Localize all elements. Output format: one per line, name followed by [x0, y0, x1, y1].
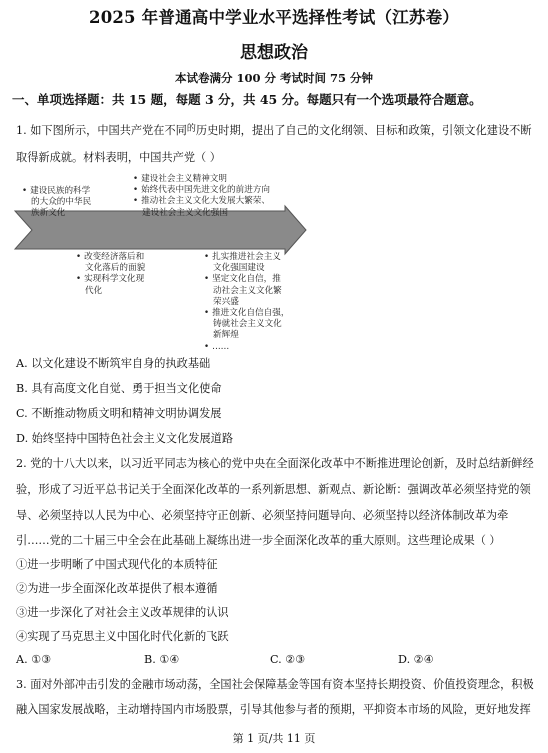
diagram-text: 推动社会主义文化大发展大繁荣、 — [133, 196, 270, 207]
q2-statement-2: ②为进一步全面深化改革提供了根本遵循 — [16, 580, 217, 596]
diagram-text: 实现科学文化现 — [76, 274, 145, 285]
q2-choice-c: C. ②③ — [270, 653, 305, 666]
q3-stem-line-1: 3. 面对外部冲击引发的金融市场动荡，全国社会保障基金等国有资本坚持长期投资、价… — [16, 676, 534, 692]
exam-subject: 思想政治 — [0, 38, 548, 63]
q2-stem-line-4: 引……党的二十届三中全会在此基础上凝练出进一步全面深化改革的重大原则。这些理论成… — [16, 532, 501, 548]
diagram-text: 新辉煌 — [204, 330, 289, 341]
page-number: 第 1 页/共 11 页 — [0, 730, 548, 746]
diagram-text: 荣兴盛 — [204, 297, 289, 308]
q1-option-d: D. 始终坚持中国特色社会主义文化发展道路 — [16, 430, 233, 446]
q2-statement-3: ③进一步深化了对社会主义改革规律的认识 — [16, 604, 229, 620]
exam-meta: 本试卷满分 100 分 考试时间 75 分钟 — [0, 70, 548, 86]
diagram-text: …… — [204, 342, 289, 353]
exam-title: 2025 年普通高中学业水平选择性考试（江苏卷） — [0, 4, 548, 28]
q2-statement-1: ①进一步明晰了中国式现代化的本质特征 — [16, 556, 217, 572]
diagram-text: 扎实推进社会主义 — [204, 252, 289, 263]
q1-stem-line-1: 1. 如下图所示，中国共产党在不同的历史时期，提出了自己的文化纲领、目标和政策，… — [16, 122, 532, 138]
q1-timeline-diagram: 建设民族的科学 的大众的中华民 族新文化 建设社会主义精神文明 始终代表中国先进… — [0, 168, 320, 353]
diagram-text: 动社会主义文化繁 — [204, 286, 289, 297]
q2-choice-a: A. ①③ — [16, 653, 51, 666]
q2-choice-d: D. ②④ — [398, 653, 434, 666]
section-heading: 一、单项选择题：共 15 题，每题 3 分，共 45 分。每题只有一个选项最符合… — [12, 90, 482, 108]
q3-stem-line-2: 融入国家发展战略，主动增持国内市场股票，引导其他参与者的预期，平抑资本市场的风险… — [16, 701, 531, 717]
diagram-text: 文化强国建设 — [204, 263, 289, 274]
diagram-text: 始终代表中国先进文化的前进方向 — [133, 185, 270, 196]
diagram-text: 铸就社会主义文化 — [204, 319, 289, 330]
diagram-text: 坚定文化自信，推 — [204, 274, 289, 285]
diagram-text: 文化落后的面貌 — [76, 263, 145, 274]
diagram-text: 建设社会主义精神文明 — [133, 174, 270, 185]
q2-stem-line-1: 2. 党的十八大以来，以习近平同志为核心的党中央在全面深化改革中不断推进理论创新… — [16, 455, 534, 471]
q2-stem-line-3: 导、必须坚持以人民为中心、必须坚持守正创新、必须坚持问题导向、必须坚持以经济体制… — [16, 507, 508, 523]
diagram-text: 族新文化 — [22, 208, 91, 219]
diagram-top-right: 建设社会主义精神文明 始终代表中国先进文化的前进方向 推动社会主义文化大发展大繁… — [133, 174, 270, 219]
q1-option-b: B. 具有高度文化自觉、勇于担当文化使命 — [16, 380, 222, 396]
q2-stem-line-2: 验，形成了习近平总书记关于全面深化改革的一系列新思想、新观点、新论断：强调改革必… — [16, 481, 531, 497]
q1-stem-line-2: 取得新成就。材料表明，中国共产党（ ） — [16, 149, 221, 165]
diagram-text: 建设民族的科学 — [22, 186, 91, 197]
q1-stem-part-b: 历史时期，提出了自己的文化纲领、目标和政策，引领文化建设不断 — [196, 124, 532, 137]
q1-stem-part-a: 1. 如下图所示，中国共产党在不同 — [16, 124, 187, 137]
diagram-bottom-left: 改变经济落后和 文化落后的面貌 实现科学文化现 代化 — [76, 252, 145, 297]
q1-option-c: C. 不断推动物质文明和精神文明协调发展 — [16, 405, 221, 421]
diagram-bottom-right: 扎实推进社会主义 文化强国建设 坚定文化自信，推 动社会主义文化繁 荣兴盛 推进… — [204, 252, 289, 353]
diagram-text: 改变经济落后和 — [76, 252, 145, 263]
diagram-top-left: 建设民族的科学 的大众的中华民 族新文化 — [22, 186, 91, 220]
q1-stem-sup: 的 — [187, 124, 196, 134]
q1-option-a: A. 以文化建设不断筑牢自身的执政基础 — [16, 355, 210, 371]
q2-statement-4: ④实现了马克思主义中国化时代化新的飞跃 — [16, 628, 229, 644]
q2-choice-b: B. ①④ — [144, 653, 179, 666]
diagram-text: 代化 — [76, 286, 145, 297]
diagram-text: 推进文化自信自强， — [204, 308, 289, 319]
diagram-text: 建设社会主义文化强国 — [133, 208, 270, 219]
diagram-text: 的大众的中华民 — [22, 197, 91, 208]
